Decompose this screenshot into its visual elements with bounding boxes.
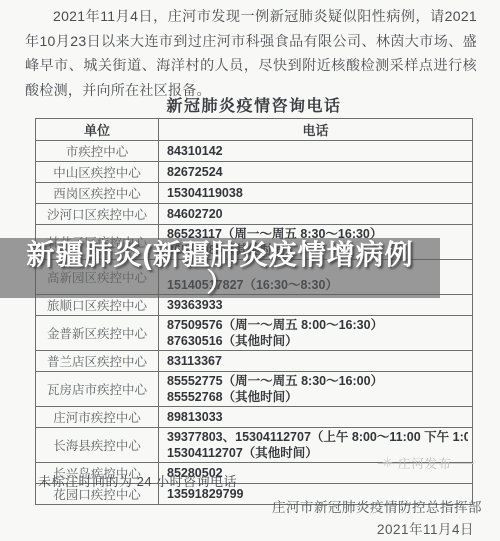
phone-cell: 15140517827（16:30～8:30） bbox=[159, 260, 473, 295]
unit-cell: 西岗区疾控中心 bbox=[36, 183, 159, 204]
unit-cell: 金普新区疾控中心 bbox=[36, 316, 159, 351]
table-row: 沙河口区疾控中心84602720 bbox=[36, 204, 473, 225]
footer-note: 未标注时间的为 24 小时咨询电话 bbox=[38, 471, 237, 490]
phone-line: 85552768（其他时间） bbox=[167, 389, 468, 405]
table-row: 甘井子区疾控中心86523117（周一～周五 8:30～16:30）865189… bbox=[36, 225, 473, 260]
phone-line: 39377803、15304112707（上午 8:00～11:00 下午 1:… bbox=[167, 429, 468, 445]
unit-cell: 旅顺口区疾控中心 bbox=[36, 295, 159, 316]
phone-cell: 84310142 bbox=[159, 141, 473, 162]
phone-line: 83113367 bbox=[167, 353, 468, 369]
table-title: 新冠肺炎疫情咨询电话 bbox=[35, 93, 473, 116]
phone-cell: 83113367 bbox=[159, 351, 473, 372]
phone-line: 86523117（周一～周五 8:30～16:30） bbox=[167, 226, 468, 242]
table-row: 庄河市疾控中心89813033 bbox=[36, 407, 473, 428]
phone-cell: 89813033 bbox=[159, 407, 473, 428]
signoff-org: 庄河市新冠肺炎疫情防控总指挥部 bbox=[272, 497, 482, 519]
phone-line bbox=[167, 261, 468, 277]
phone-cell: 86523117（周一～周五 8:30～16:30）86518985（其他时间） bbox=[159, 225, 473, 260]
col-header-unit: 单位 bbox=[36, 119, 159, 141]
intro-paragraph: 2021年11月4日，庄河市发现一例新冠肺炎疑似阳性病例，请2021年10月23… bbox=[25, 4, 477, 102]
phone-line: 89813033 bbox=[167, 409, 468, 425]
col-header-phone: 电话 bbox=[159, 119, 473, 141]
watermark: ✳ 庄河发布 bbox=[382, 454, 452, 472]
table-row: 高新园区疾控中心15140517827（16:30～8:30） bbox=[36, 260, 473, 295]
table-row: 旅顺口区疾控中心39363933 bbox=[36, 295, 473, 316]
zhuanghe-logo-icon: ✳ bbox=[382, 455, 394, 471]
phone-line: 87509576（周一～周五 8:00～16:30） bbox=[167, 317, 468, 333]
phone-line: 87630516（其他时间） bbox=[167, 333, 468, 349]
table-row: 西岗区疾控中心15304119038 bbox=[36, 183, 473, 204]
unit-cell: 普兰店区疾控中心 bbox=[36, 351, 159, 372]
phone-line: 85552775（周一～周五 8:30～16:00） bbox=[167, 373, 468, 389]
phone-cell: 82672524 bbox=[159, 162, 473, 183]
phone-line: 86518985（其他时间） bbox=[167, 242, 468, 258]
unit-cell: 甘井子区疾控中心 bbox=[36, 225, 159, 260]
phone-cell: 84602720 bbox=[159, 204, 473, 225]
phone-line: 15140517827（16:30～8:30） bbox=[167, 277, 468, 293]
unit-cell: 市疾控中心 bbox=[36, 141, 159, 162]
phone-cell: 39363933 bbox=[159, 295, 473, 316]
unit-cell: 庄河市疾控中心 bbox=[36, 407, 159, 428]
phone-cell: 15304119038 bbox=[159, 183, 473, 204]
signoff-date: 2021年11月4日 bbox=[272, 519, 482, 541]
watermark-text: 庄河发布 bbox=[398, 454, 452, 472]
table-row: 中山区疾控中心82672524 bbox=[36, 162, 473, 183]
phone-cell: 85552775（周一～周五 8:30～16:00）85552768（其他时间） bbox=[159, 372, 473, 407]
phone-table: 单位 电话 市疾控中心84310142中山区疾控中心82672524西岗区疾控中… bbox=[35, 118, 473, 505]
phone-line: 39363933 bbox=[167, 297, 468, 313]
unit-cell: 长海县疾控中心 bbox=[36, 428, 159, 463]
table-header-row: 单位 电话 bbox=[36, 119, 473, 141]
phone-cell: 87509576（周一～周五 8:00～16:30）87630516（其他时间） bbox=[159, 316, 473, 351]
phone-line: 84602720 bbox=[167, 206, 468, 222]
phone-line: 15304119038 bbox=[167, 185, 468, 201]
phone-line: 82672524 bbox=[167, 164, 468, 180]
phone-line: 84310142 bbox=[167, 143, 468, 159]
unit-cell: 中山区疾控中心 bbox=[36, 162, 159, 183]
table-row: 普兰店区疾控中心83113367 bbox=[36, 351, 473, 372]
unit-cell: 沙河口区疾控中心 bbox=[36, 204, 159, 225]
unit-cell: 瓦房店市疾控中心 bbox=[36, 372, 159, 407]
unit-cell: 高新园区疾控中心 bbox=[36, 260, 159, 295]
table-row: 金普新区疾控中心87509576（周一～周五 8:00～16:30）876305… bbox=[36, 316, 473, 351]
notice-page: 2021年11月4日，庄河市发现一例新冠肺炎疑似阳性病例，请2021年10月23… bbox=[0, 0, 500, 541]
table-row: 瓦房店市疾控中心85552775（周一～周五 8:30～16:00）855527… bbox=[36, 372, 473, 407]
signoff-block: 庄河市新冠肺炎疫情防控总指挥部 2021年11月4日 bbox=[272, 497, 482, 541]
table-row: 市疾控中心84310142 bbox=[36, 141, 473, 162]
